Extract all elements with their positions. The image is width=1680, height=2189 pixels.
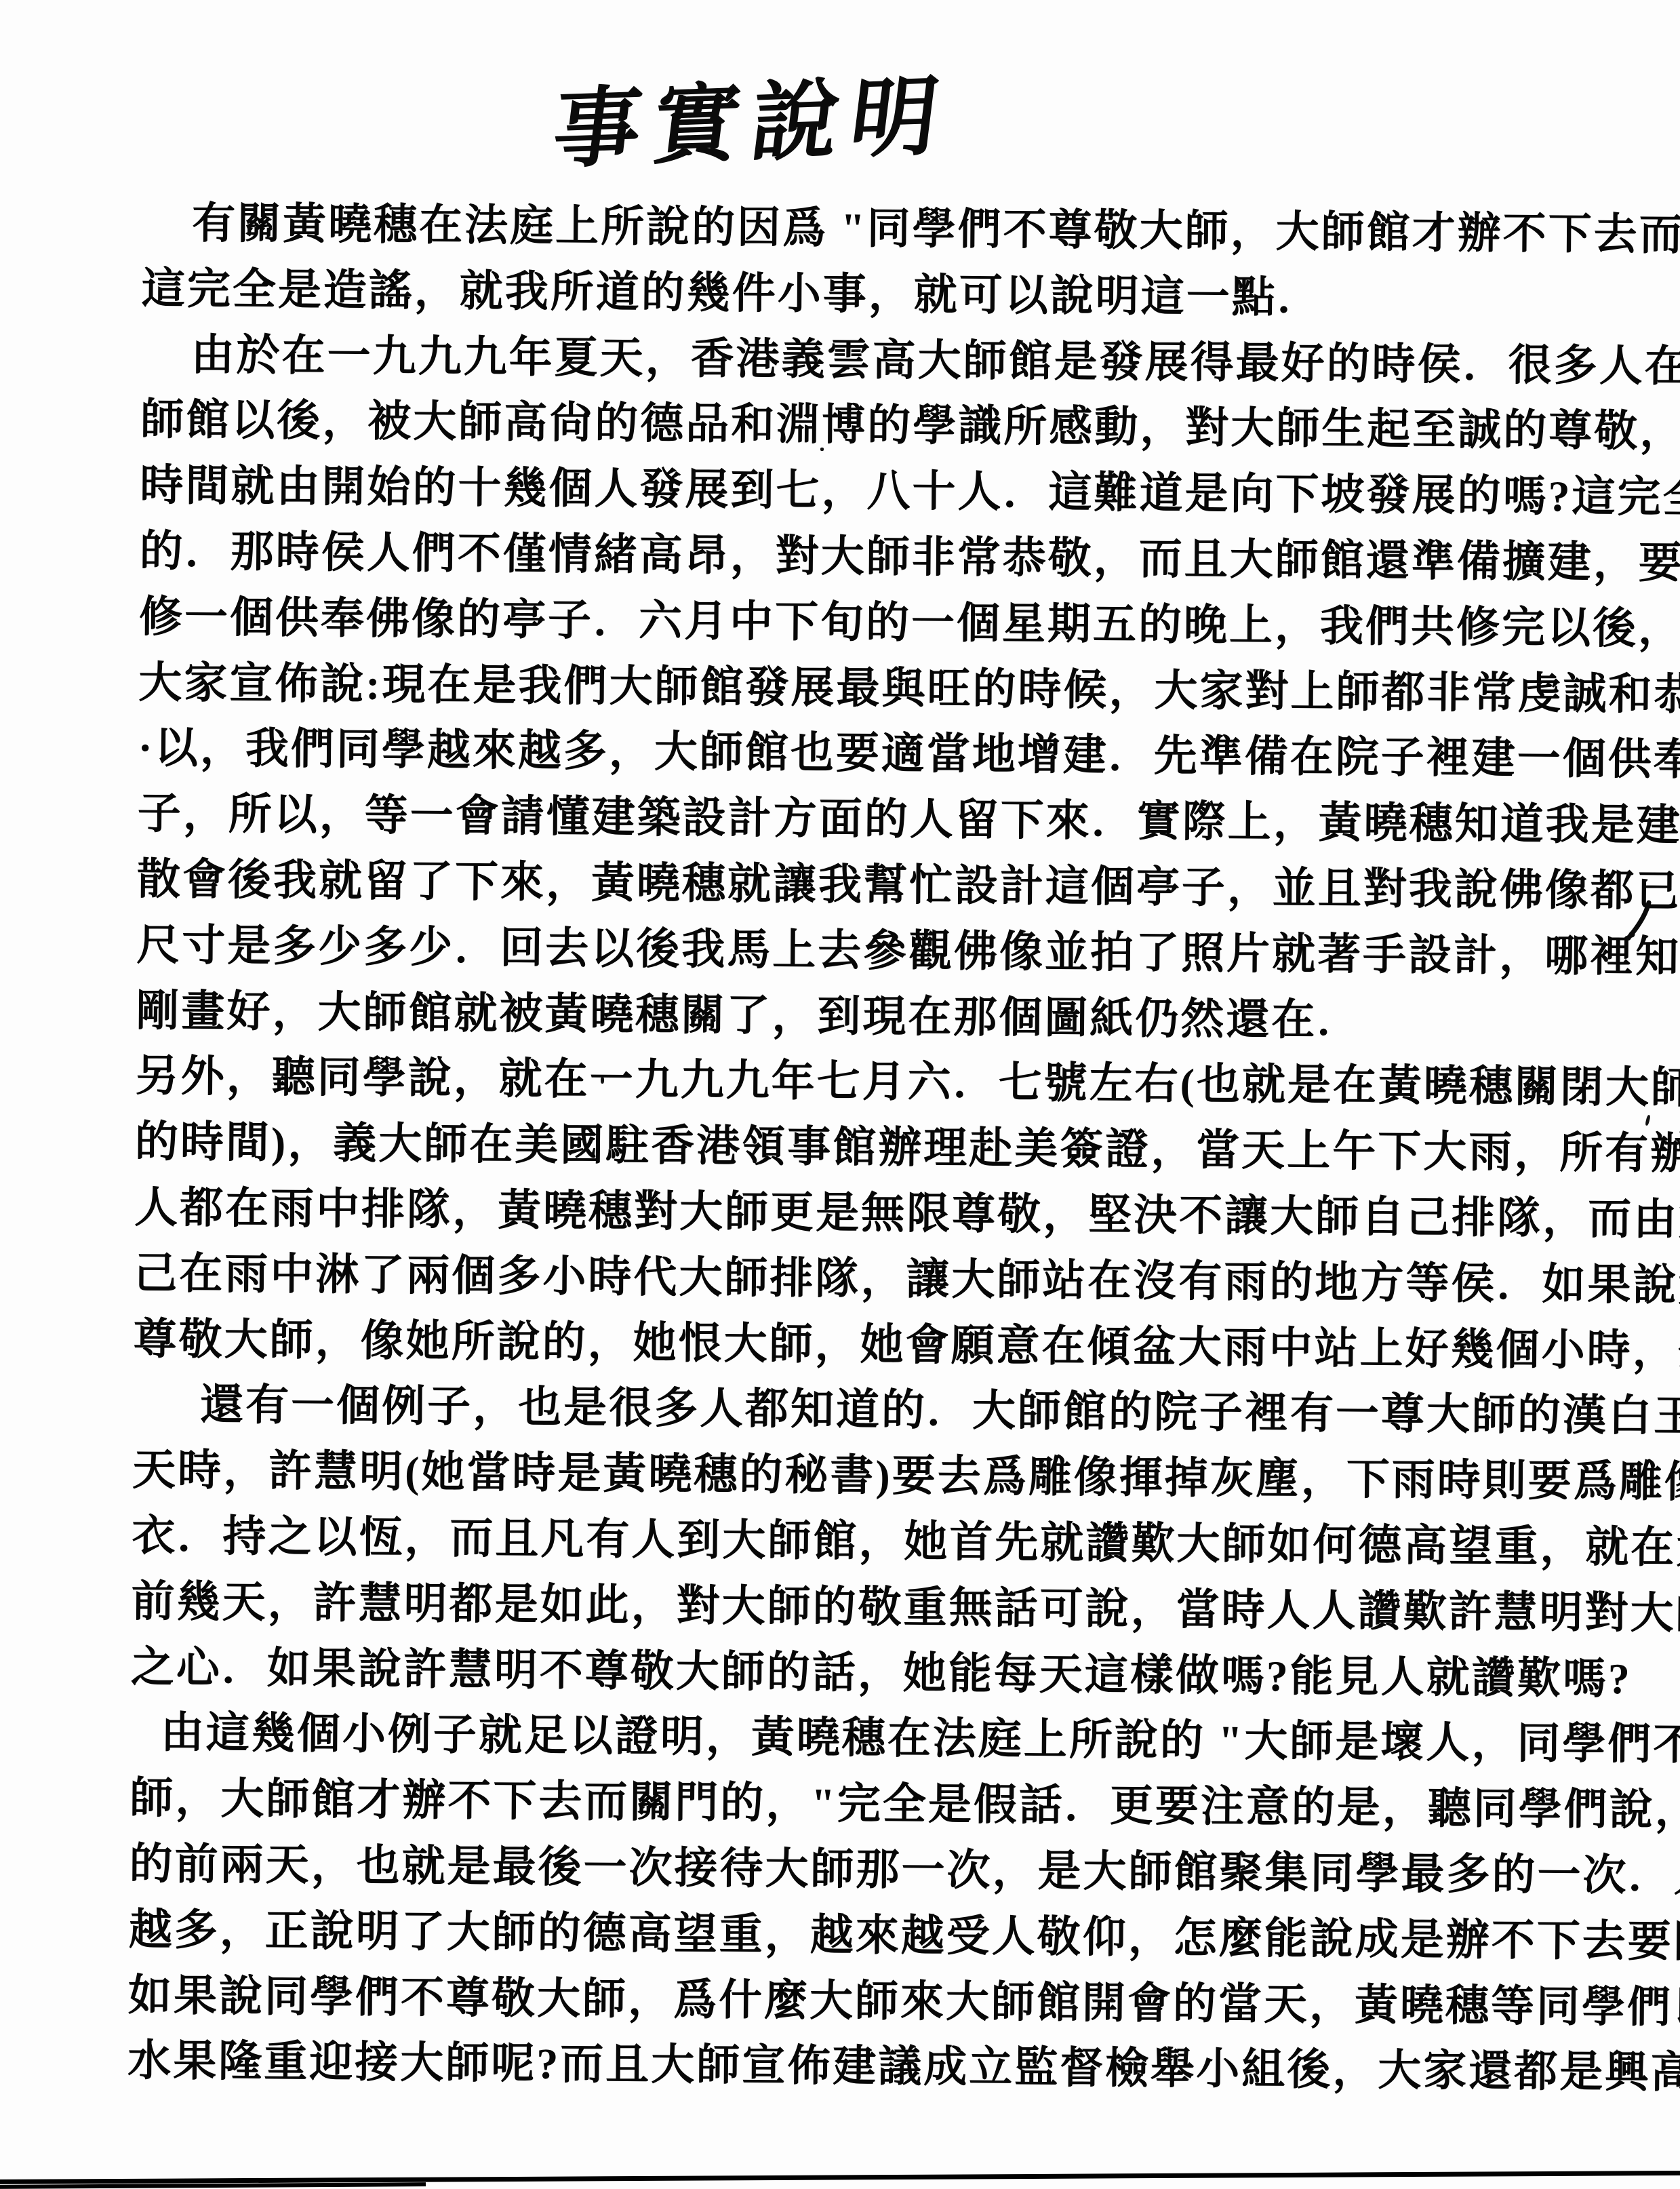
text-line-26: 的前兩天，也就是最後一次接待大師那一次，是大師館聚集同學最多的一次．人員越來 bbox=[129, 1832, 1641, 1909]
text-line-7: 修一個供奉佛像的亭子．六月中下旬的一個星期五的晚上，我們共修完以後，黃曉穗對 bbox=[139, 585, 1652, 662]
text-line-21: 衣．持之以恆，而且凡有人到大師館，她首先就讚歎大師如何德高望重，就在大師館關閉 bbox=[132, 1503, 1644, 1581]
scanned-document-page: 事實說明 有關黃曉穗在法庭上所說的因爲 "同學們不尊敬大師，大師館才辦不下去而關… bbox=[0, 0, 1680, 2189]
document-title-handwritten: 事實說明 bbox=[547, 46, 958, 185]
text-line-2: 這完全是造謠，就我所道的幾件小事，就可以說明這一點． bbox=[141, 256, 1654, 334]
text-line-22: 前幾天，許慧明都是如此，對大師的敬重無話可說，當時人人讚歎許慧明對大師的恭敬 bbox=[131, 1569, 1643, 1646]
text-line-11: 散會後我就留了下來，黃曉穗就讓我幫忙設計這個亭子，並且對我說佛像都已經選好了， bbox=[137, 847, 1649, 924]
text-line-10: 子，所以，等一會請懂建築設計方面的人留下來．實際上，黃曉穗知道我是建築師，因此 bbox=[137, 781, 1649, 859]
text-line-16: 人都在雨中排隊，黃曉穗對大師更是無限尊敬，堅決不讓大師自己排隊，而由她本人自 bbox=[134, 1175, 1647, 1253]
text-line-24: 由這幾個小例子就足以證明，黃曉穗在法庭上所說的 "大師是壞人，同學們不尊敬大 bbox=[130, 1700, 1643, 1777]
text-line-28: 如果說同學們不尊敬大師，爲什麼大師來大師館開會的當天，黃曉穗等同學們以鮮花， bbox=[128, 1963, 1641, 2040]
text-line-19: 還有一個例子，也是很多人都知道的．大師館的院子裡有一尊大師的漢白玉雕像，晴 bbox=[133, 1372, 1645, 1449]
text-line-4: 師館以後，被大師高尙的德品和淵博的學識所感動，對大師生起至誠的尊敬，因此很短 bbox=[140, 387, 1653, 465]
text-line-1: 有關黃曉穗在法庭上所說的因爲 "同學們不尊敬大師，大師館才辦不下去而關門的"， bbox=[142, 191, 1654, 268]
text-line-8: 大家宣佈說:現在是我們大師館發展最與旺的時候，大家對上師都非常虔誠和恭敬，所 bbox=[138, 650, 1651, 728]
ink-speck bbox=[820, 448, 824, 451]
text-line-3: 由於在一九九九年夏天，香港義雲高大師館是發展得最好的時侯．很多人在參觀了大 bbox=[141, 322, 1654, 399]
text-line-23: 之心．如果說許慧明不尊敬大師的話，她能每天這樣做嗎?能見人就讚歎嗎? bbox=[131, 1634, 1643, 1712]
pen-slash-mark bbox=[1614, 899, 1661, 953]
text-line-18: 尊敬大師，像她所說的，她恨大師，她會願意在傾盆大雨中站上好幾個小時，全身濕透嗎? bbox=[133, 1306, 1645, 1383]
text-line-9: ·以，我們同學越來越多，大師館也要適當地增建．先準備在院子裡建一個供奉佛像的亭 bbox=[138, 715, 1650, 793]
text-line-29: 水果隆重迎接大師呢?而且大師宣佈建議成立監督檢舉小組後，大家還都是興高采烈， bbox=[127, 2028, 1640, 2106]
ink-speck bbox=[601, 1077, 604, 1084]
text-line-14: 另外，聽同學說，就在一九九九年七月六．七號左右(也就是在黃曉穗關閉大師館前幾天 bbox=[135, 1044, 1647, 1121]
text-line-25: 師，大師館才辦不下去而關門的，"完全是假話．更要注意的是，聽同學們說，關閉大師館 bbox=[129, 1766, 1642, 1843]
text-line-20: 天時，許慧明(她當時是黃曉穗的秘書)要去爲雕像揮掉灰塵，下雨時則要爲雕像披上雨 bbox=[132, 1438, 1645, 1515]
text-line-6: 的．那時侯人們不僅情緒高昂，對大師非常恭敬，而且大師館還準備擴建，要在院子裡增 bbox=[139, 519, 1652, 596]
text-line-15: 的時間)，義大師在美國駐香港領事館辦理赴美簽證，當天上午下大雨，所有辦理簽證的 bbox=[135, 1109, 1647, 1187]
document-body: 有關黃曉穗在法庭上所說的因爲 "同學們不尊敬大師，大師館才辦不下去而關門的"，這… bbox=[127, 191, 1654, 2106]
text-line-5: 時間就由開始的十幾個人發展到七，八十人．這難道是向下坡發展的嗎?這完全是向上 bbox=[140, 453, 1652, 530]
text-line-17: 己在雨中淋了兩個多小時代大師排隊，讓大師站在沒有雨的地方等侯．如果說黃曉穗不 bbox=[134, 1241, 1646, 1318]
text-line-12: 尺寸是多少多少．回去以後我馬上去參觀佛像並拍了照片就著手設計，哪裡知道設計圖 bbox=[136, 913, 1649, 990]
text-line-13: 剛畫好，大師館就被黃曉穗關了，到現在那個圖紙仍然還在． bbox=[136, 979, 1648, 1056]
scan-edge-line bbox=[0, 2171, 1680, 2184]
text-line-27: 越多，正說明了大師的德高望重，越來越受人敬仰，怎麼能說成是辦不下去要關館呢? bbox=[128, 1897, 1641, 1975]
